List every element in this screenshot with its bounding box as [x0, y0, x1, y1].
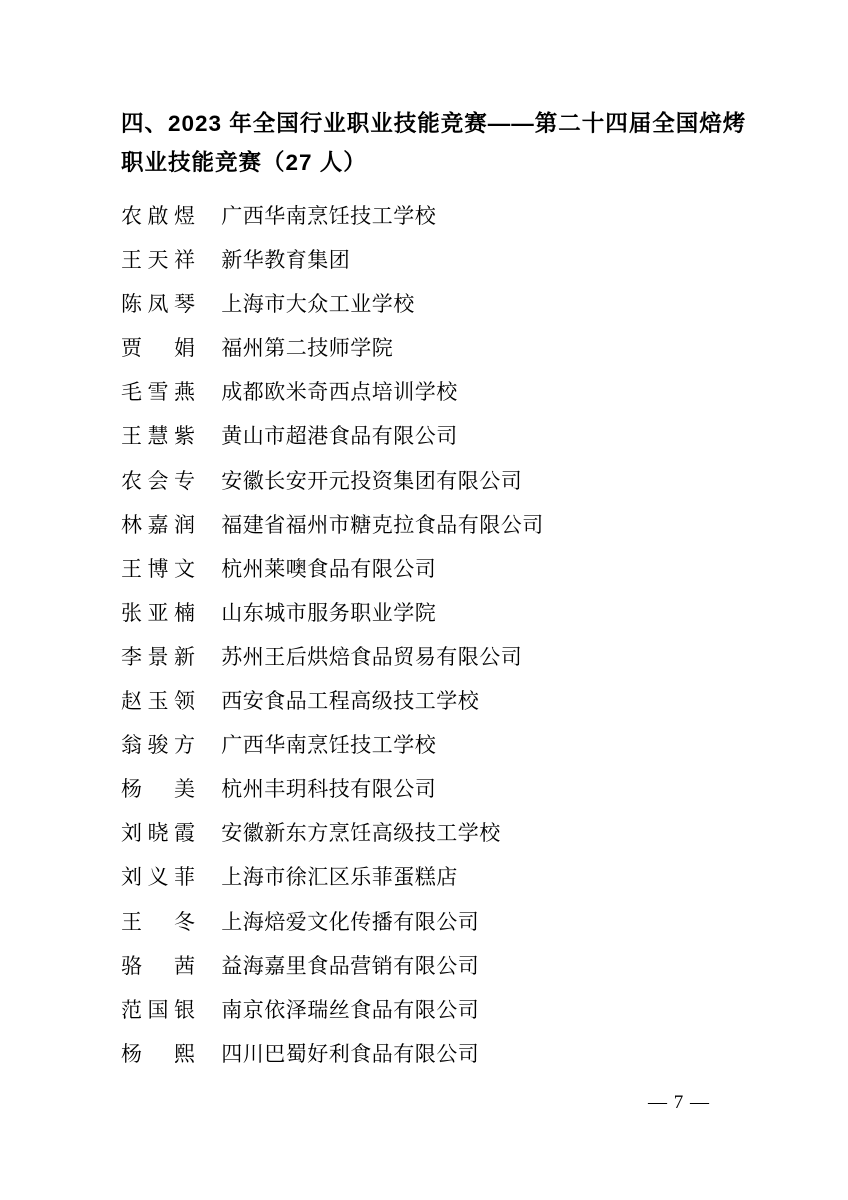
entry-organization: 新华教育集团: [221, 238, 350, 282]
entry-name: 陈凤琴: [121, 282, 195, 326]
entry-name: 农啟煜: [121, 194, 195, 238]
list-item: 李景新 苏州王后烘焙食品贸易有限公司: [121, 635, 771, 679]
entry-organization: 广西华南烹饪技工学校: [221, 723, 436, 767]
section-heading: 四、2023 年全国行业职业技能竞赛——第二十四届全国焙烤 职业技能竞赛（27 …: [121, 104, 771, 182]
list-item: 王慧紫 黄山市超港食品有限公司: [121, 414, 771, 458]
list-item: 贾 娟 福州第二技师学院: [121, 326, 771, 370]
entry-name: 赵玉领: [121, 679, 195, 723]
entry-organization: 上海焙爱文化传播有限公司: [221, 900, 479, 944]
list-item: 陈凤琴 上海市大众工业学校: [121, 282, 771, 326]
list-item: 农啟煜 广西华南烹饪技工学校: [121, 194, 771, 238]
entry-organization: 福建省福州市糖克拉食品有限公司: [221, 503, 544, 547]
list-item: 王天祥 新华教育集团: [121, 238, 771, 282]
entry-organization: 四川巴蜀好利食品有限公司: [221, 1032, 479, 1076]
entry-organization: 安徽长安开元投资集团有限公司: [221, 459, 522, 503]
list-item: 骆 茜 益海嘉里食品营销有限公司: [121, 944, 771, 988]
entry-name: 毛雪燕: [121, 370, 195, 414]
entry-name: 王慧紫: [121, 414, 195, 458]
list-item: 刘晓霞 安徽新东方烹饪高级技工学校: [121, 811, 771, 855]
entry-name: 范国银: [121, 988, 195, 1032]
entry-organization: 广西华南烹饪技工学校: [221, 194, 436, 238]
entry-organization: 安徽新东方烹饪高级技工学校: [221, 811, 501, 855]
entry-name: 王 冬: [121, 900, 195, 944]
entry-organization: 上海市徐汇区乐菲蛋糕店: [221, 855, 458, 899]
list-item: 翁骏方 广西华南烹饪技工学校: [121, 723, 771, 767]
list-item: 杨 熙 四川巴蜀好利食品有限公司: [121, 1032, 771, 1076]
entry-name: 翁骏方: [121, 723, 195, 767]
entry-name: 杨 熙: [121, 1032, 195, 1076]
entry-organization: 南京依泽瑞丝食品有限公司: [221, 988, 479, 1032]
entry-organization: 成都欧米奇西点培训学校: [221, 370, 458, 414]
list-item: 范国银 南京依泽瑞丝食品有限公司: [121, 988, 771, 1032]
entry-name: 刘义菲: [121, 855, 195, 899]
section-heading-line-1: 四、2023 年全国行业职业技能竞赛——第二十四届全国焙烤: [121, 104, 771, 143]
document-page: 四、2023 年全国行业职业技能竞赛——第二十四届全国焙烤 职业技能竞赛（27 …: [0, 0, 848, 1200]
entry-organization: 黄山市超港食品有限公司: [221, 414, 458, 458]
entry-organization: 西安食品工程高级技工学校: [221, 679, 479, 723]
entry-name: 李景新: [121, 635, 195, 679]
entry-organization: 福州第二技师学院: [221, 326, 393, 370]
entry-name: 张亚楠: [121, 591, 195, 635]
list-item: 刘义菲 上海市徐汇区乐菲蛋糕店: [121, 855, 771, 899]
list-item: 毛雪燕 成都欧米奇西点培训学校: [121, 370, 771, 414]
entry-organization: 杭州丰玥科技有限公司: [221, 767, 436, 811]
entry-name: 刘晓霞: [121, 811, 195, 855]
entry-name: 贾 娟: [121, 326, 195, 370]
entry-name: 骆 茜: [121, 944, 195, 988]
list-item: 农会专 安徽长安开元投资集团有限公司: [121, 459, 771, 503]
entry-name: 林嘉润: [121, 503, 195, 547]
entry-name: 农会专: [121, 459, 195, 503]
list-item: 王博文 杭州莱噢食品有限公司: [121, 547, 771, 591]
entry-organization: 苏州王后烘焙食品贸易有限公司: [221, 635, 522, 679]
entry-organization: 山东城市服务职业学院: [221, 591, 436, 635]
list-item: 王 冬 上海焙爱文化传播有限公司: [121, 900, 771, 944]
page-number: — 7 —: [648, 1092, 710, 1114]
section-heading-line-2: 职业技能竞赛（27 人）: [121, 143, 771, 182]
entry-name: 王博文: [121, 547, 195, 591]
entry-organization: 益海嘉里食品营销有限公司: [221, 944, 479, 988]
list-item: 林嘉润 福建省福州市糖克拉食品有限公司: [121, 503, 771, 547]
entry-name: 王天祥: [121, 238, 195, 282]
entry-name: 杨 美: [121, 767, 195, 811]
winner-list: 农啟煜 广西华南烹饪技工学校 王天祥 新华教育集团 陈凤琴 上海市大众工业学校 …: [121, 194, 771, 1076]
list-item: 张亚楠 山东城市服务职业学院: [121, 591, 771, 635]
list-item: 赵玉领 西安食品工程高级技工学校: [121, 679, 771, 723]
entry-organization: 上海市大众工业学校: [221, 282, 415, 326]
entry-organization: 杭州莱噢食品有限公司: [221, 547, 436, 591]
list-item: 杨 美 杭州丰玥科技有限公司: [121, 767, 771, 811]
